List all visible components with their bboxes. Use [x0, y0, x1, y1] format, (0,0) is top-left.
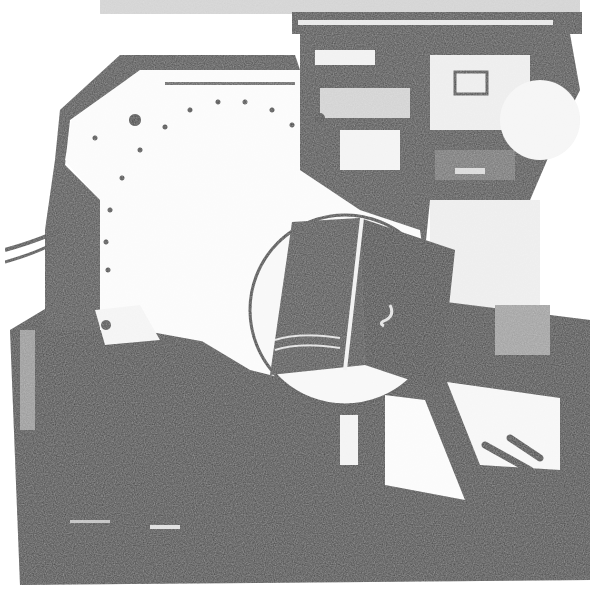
- photo: [0, 0, 596, 596]
- crt-screen: [270, 218, 455, 390]
- top-band: [100, 0, 580, 14]
- hood-seam: [165, 82, 295, 85]
